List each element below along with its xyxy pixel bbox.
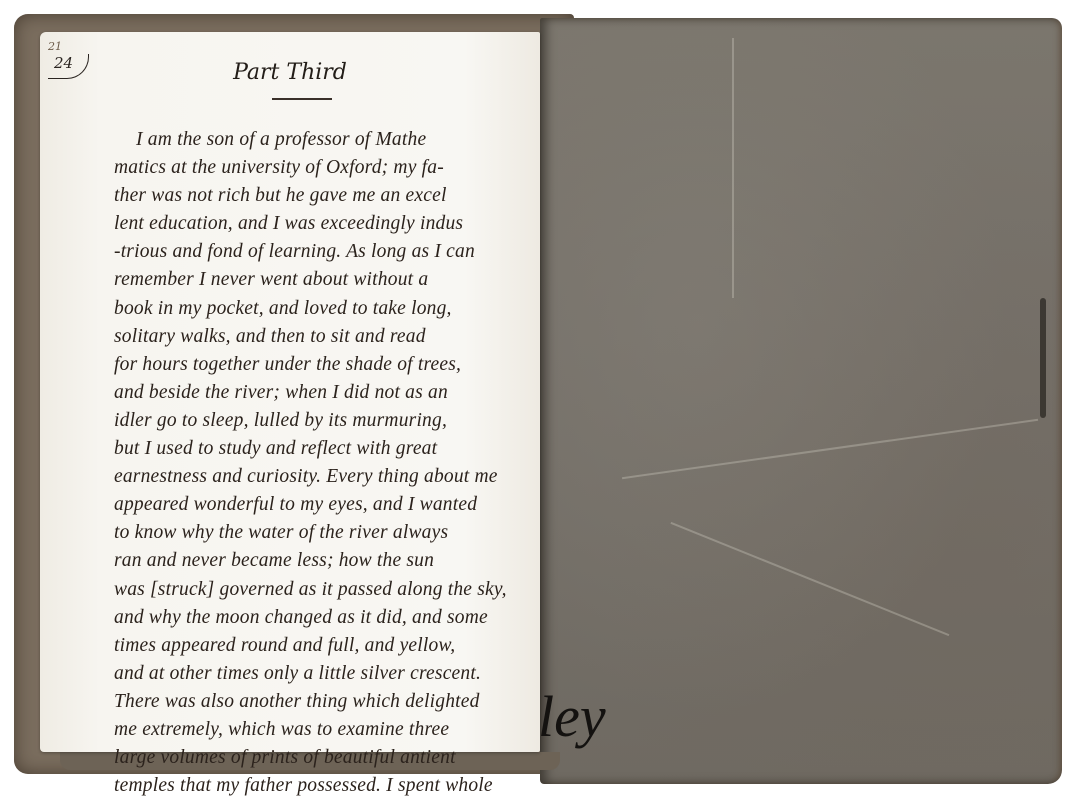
- text-line: and why the moon changed as it did, and …: [114, 604, 538, 632]
- text-line: There was also another thing which delig…: [114, 688, 538, 716]
- text-line: to know why the water of the river alway…: [114, 519, 538, 547]
- text-line: -trious and fond of learning. As long as…: [114, 238, 538, 266]
- text-line: times appeared round and full, and yello…: [114, 632, 538, 660]
- text-line: temples that my father possessed. I spen…: [114, 772, 538, 800]
- section-heading: Part Third: [40, 60, 540, 85]
- manuscript-text: I am the son of a professor of Mathe mat…: [114, 126, 538, 800]
- text-line: large volumes of prints of beautiful ant…: [114, 744, 538, 772]
- text-line: book in my pocket, and loved to take lon…: [114, 295, 538, 323]
- right-cover-page: [540, 18, 1062, 784]
- text-line: idler go to sleep, lulled by its murmuri…: [114, 407, 538, 435]
- text-line: ran and never became less; how the sun: [114, 547, 538, 575]
- text-line: for hours together under the shade of tr…: [114, 351, 538, 379]
- text-line-with-deletion: was [struck] governed as it passed along…: [114, 576, 538, 604]
- text-line: I am the son of a professor of Mathe: [114, 126, 538, 154]
- paper-crease: [622, 419, 1038, 479]
- paper-crease: [732, 38, 734, 298]
- text-line: matics at the university of Oxford; my f…: [114, 154, 538, 182]
- old-folio-number: 21: [48, 40, 62, 53]
- text-line: but I used to study and reflect with gre…: [114, 435, 538, 463]
- text-line: and at other times only a little silver …: [114, 660, 538, 688]
- cover-tear: [1040, 298, 1046, 418]
- manuscript-page: 21 24 Part Third I am the son of a profe…: [40, 32, 540, 752]
- heading-underline: [272, 98, 332, 100]
- text-line: and beside the river; when I did not as …: [114, 379, 538, 407]
- text-line: appeared wonderful to my eyes, and I wan…: [114, 491, 538, 519]
- text-line: remember I never went about without a: [114, 266, 538, 294]
- text-line: ther was not rich but he gave me an exce…: [114, 182, 538, 210]
- signature-fragment: ley: [538, 688, 606, 746]
- text-line: earnestness and curiosity. Every thing a…: [114, 463, 538, 491]
- text-line: lent education, and I was exceedingly in…: [114, 210, 538, 238]
- text-line: solitary walks, and then to sit and read: [114, 323, 538, 351]
- text-line: me extremely, which was to examine three: [114, 716, 538, 744]
- paper-crease: [671, 522, 950, 636]
